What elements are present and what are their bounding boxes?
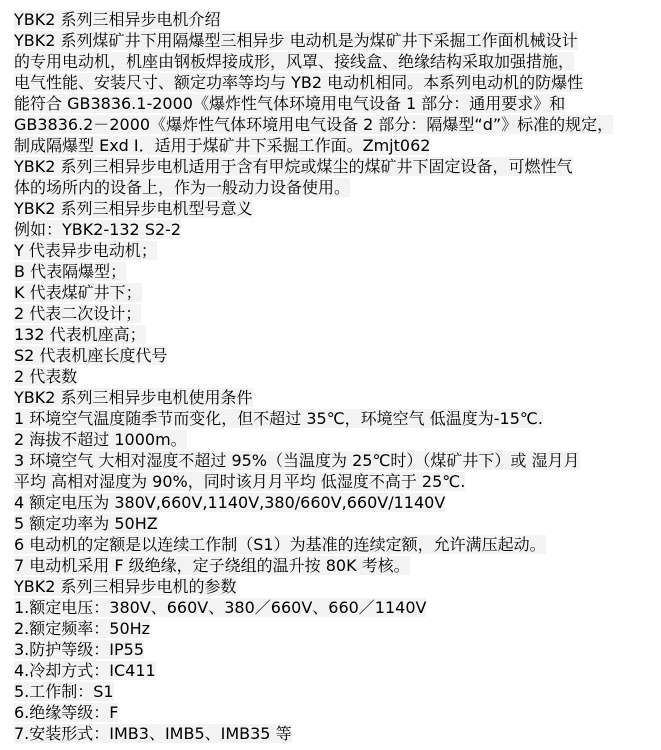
text-line: B 代表隔爆型； [14, 261, 657, 282]
text-line-content: 2 代表二次设计； [14, 304, 141, 323]
text-line-content: 例如：YBK2-132 S2-2 [14, 220, 181, 239]
section-parameters: YBK2 系列三相异步电机的参数 1.额定电压：380V、660V、380／66… [14, 576, 657, 744]
text-line: 例如：YBK2-132 S2-2 [14, 219, 657, 240]
text-line: 4 额定电压为 380V,660V,1140V,380/660V,660V/11… [14, 492, 657, 513]
text-line-content: 2 海拔不超过 1000m。 [14, 430, 187, 449]
section-intro: YBK2 系列三相异步电机介绍 YBK2 系列煤矿井下用隔爆型三相异步 电动机是… [14, 9, 657, 198]
text-line: GB3836.2－2000《爆炸性气体环境用电气设备 2 部分：隔爆型“d”》标… [14, 114, 657, 135]
text-line-content: YBK2 系列三相异步电机适用于含有甲烷或煤尘的煤矿井下固定设备，可燃性气 [14, 157, 573, 176]
text-line: 体的场所内的设备上，作为一般动力设备使用。 [14, 177, 657, 198]
text-line-content: K 代表煤矿井下； [14, 283, 142, 302]
text-line: YBK2 系列三相异步电机的参数 [14, 576, 657, 597]
text-line: 6 电动机的定额是以连续工作制（S1）为基准的连续定额，允许满压起动。 [14, 534, 657, 555]
text-line: 的专用电动机，机座由钢板焊接成形，风罩、接线盒、绝缘结构采取加强措施， [14, 51, 657, 72]
text-line-content: 制成隔爆型 Exd Ⅰ．适用于煤矿井下采掘工作面。Zmjt062 [14, 136, 430, 155]
text-line-content: 体的场所内的设备上，作为一般动力设备使用。 [14, 178, 350, 197]
text-line: 1 环境空气温度随季节而变化，但不超过 35℃，环境空气 低温度为-15℃. [14, 408, 657, 429]
usage-conditions-heading: YBK2 系列三相异步电机使用条件 [14, 388, 253, 407]
text-line: 2 代表二次设计； [14, 303, 657, 324]
text-line-content: 3 环境空气 大相对湿度不超过 95%（当温度为 25℃时）（煤矿井下）或 湿月… [14, 451, 580, 470]
text-line-content: YBK2 系列煤矿井下用隔爆型三相异步 电动机是为煤矿井下采掘工作面机械设计 [14, 31, 578, 50]
text-line: 7.安装形式：IMB3、IMB5、IMB35 等 [14, 723, 657, 744]
text-line-content: Y 代表异步电动机； [14, 241, 157, 260]
text-line: K 代表煤矿井下； [14, 282, 657, 303]
text-line: 电气性能、安装尺寸、额定功率等均与 YB2 电动机相同。本系列电动机的防爆性 [14, 72, 657, 93]
text-line: Y 代表异步电动机； [14, 240, 657, 261]
text-line-content: 132 代表机座高； [14, 325, 146, 344]
text-line: YBK2 系列三相异步电机型号意义 [14, 198, 657, 219]
text-line: YBK2 系列三相异步电机介绍 [14, 9, 657, 30]
text-line: 2 代表数 [14, 366, 657, 387]
text-line-content: 5.工作制：S1 [14, 682, 114, 701]
text-line-content: 3.防护等级：IP55 [14, 640, 144, 659]
text-line: 平均 高相对湿度为 90%，同时该月月平均 低湿度不高于 25℃. [14, 471, 657, 492]
text-line-content: 2.额定频率：50Hz [14, 619, 150, 638]
text-line: YBK2 系列三相异步电机适用于含有甲烷或煤尘的煤矿井下固定设备，可燃性气 [14, 156, 657, 177]
text-line-content: 的专用电动机，机座由钢板焊接成形，风罩、接线盒、绝缘结构采取加强措施， [14, 52, 574, 71]
text-line-content: 4 额定电压为 380V,660V,1140V,380/660V,660V/11… [14, 493, 445, 512]
text-line-content: 5 额定功率为 50HZ [14, 514, 158, 533]
text-line: 6.绝缘等级：F [14, 702, 657, 723]
text-line-content: GB3836.2－2000《爆炸性气体环境用电气设备 2 部分：隔爆型“d”》标… [14, 115, 613, 134]
text-line: 制成隔爆型 Exd Ⅰ．适用于煤矿井下采掘工作面。Zmjt062 [14, 135, 657, 156]
text-line: S2 代表机座长度代号 [14, 345, 657, 366]
text-line-content: 1 环境空气温度随季节而变化，但不超过 35℃，环境空气 低温度为-15℃. [14, 409, 543, 428]
text-line: YBK2 系列煤矿井下用隔爆型三相异步 电动机是为煤矿井下采掘工作面机械设计 [14, 30, 657, 51]
text-line: 7 电动机采用 F 级绝缘，定子绕组的温升按 80K 考核。 [14, 555, 657, 576]
text-line-content: 1.额定电压：380V、660V、380／660V、660／1140V [14, 598, 426, 617]
text-line-content: S2 代表机座长度代号 [14, 346, 167, 365]
section-model-meaning: YBK2 系列三相异步电机型号意义 例如：YBK2-132 S2-2 Y 代表异… [14, 198, 657, 387]
text-line-content: 6 电动机的定额是以连续工作制（S1）为基准的连续定额，允许满压起动。 [14, 535, 546, 554]
text-line-content: 能符合 GB3836.1-2000《爆炸性气体环境用电气设备 1 部分：通用要求… [14, 94, 565, 113]
text-line-content: B 代表隔爆型； [14, 262, 126, 281]
text-line: 3 环境空气 大相对湿度不超过 95%（当温度为 25℃时）（煤矿井下）或 湿月… [14, 450, 657, 471]
intro-heading: YBK2 系列三相异步电机介绍 [14, 10, 221, 29]
model-meaning-heading: YBK2 系列三相异步电机型号意义 [14, 199, 253, 218]
text-line: 2 海拔不超过 1000m。 [14, 429, 657, 450]
text-line-content: 电气性能、安装尺寸、额定功率等均与 YB2 电动机相同。本系列电动机的防爆性 [14, 73, 583, 92]
text-line-content: 7.安装形式：IMB3、IMB5、IMB35 等 [14, 724, 292, 743]
text-line: 4.冷却方式：IC411 [14, 660, 657, 681]
text-line-content: 平均 高相对湿度为 90%，同时该月月平均 低湿度不高于 25℃. [14, 472, 465, 491]
text-line: 132 代表机座高； [14, 324, 657, 345]
parameters-heading: YBK2 系列三相异步电机的参数 [14, 577, 237, 596]
text-line: YBK2 系列三相异步电机使用条件 [14, 387, 657, 408]
text-line-content: 7 电动机采用 F 级绝缘，定子绕组的温升按 80K 考核。 [14, 556, 410, 575]
text-line: 1.额定电压：380V、660V、380／660V、660／1140V [14, 597, 657, 618]
text-line: 5.工作制：S1 [14, 681, 657, 702]
text-line: 2.额定频率：50Hz [14, 618, 657, 639]
text-line: 能符合 GB3836.1-2000《爆炸性气体环境用电气设备 1 部分：通用要求… [14, 93, 657, 114]
text-line-content: 4.冷却方式：IC411 [14, 661, 156, 680]
text-line: 3.防护等级：IP55 [14, 639, 657, 660]
document-body: YBK2 系列三相异步电机介绍 YBK2 系列煤矿井下用隔爆型三相异步 电动机是… [0, 0, 661, 750]
text-line-content: 6.绝缘等级：F [14, 703, 118, 722]
section-usage-conditions: YBK2 系列三相异步电机使用条件 1 环境空气温度随季节而变化，但不超过 35… [14, 387, 657, 576]
text-line: 5 额定功率为 50HZ [14, 513, 657, 534]
text-line-content: 2 代表数 [14, 367, 77, 386]
